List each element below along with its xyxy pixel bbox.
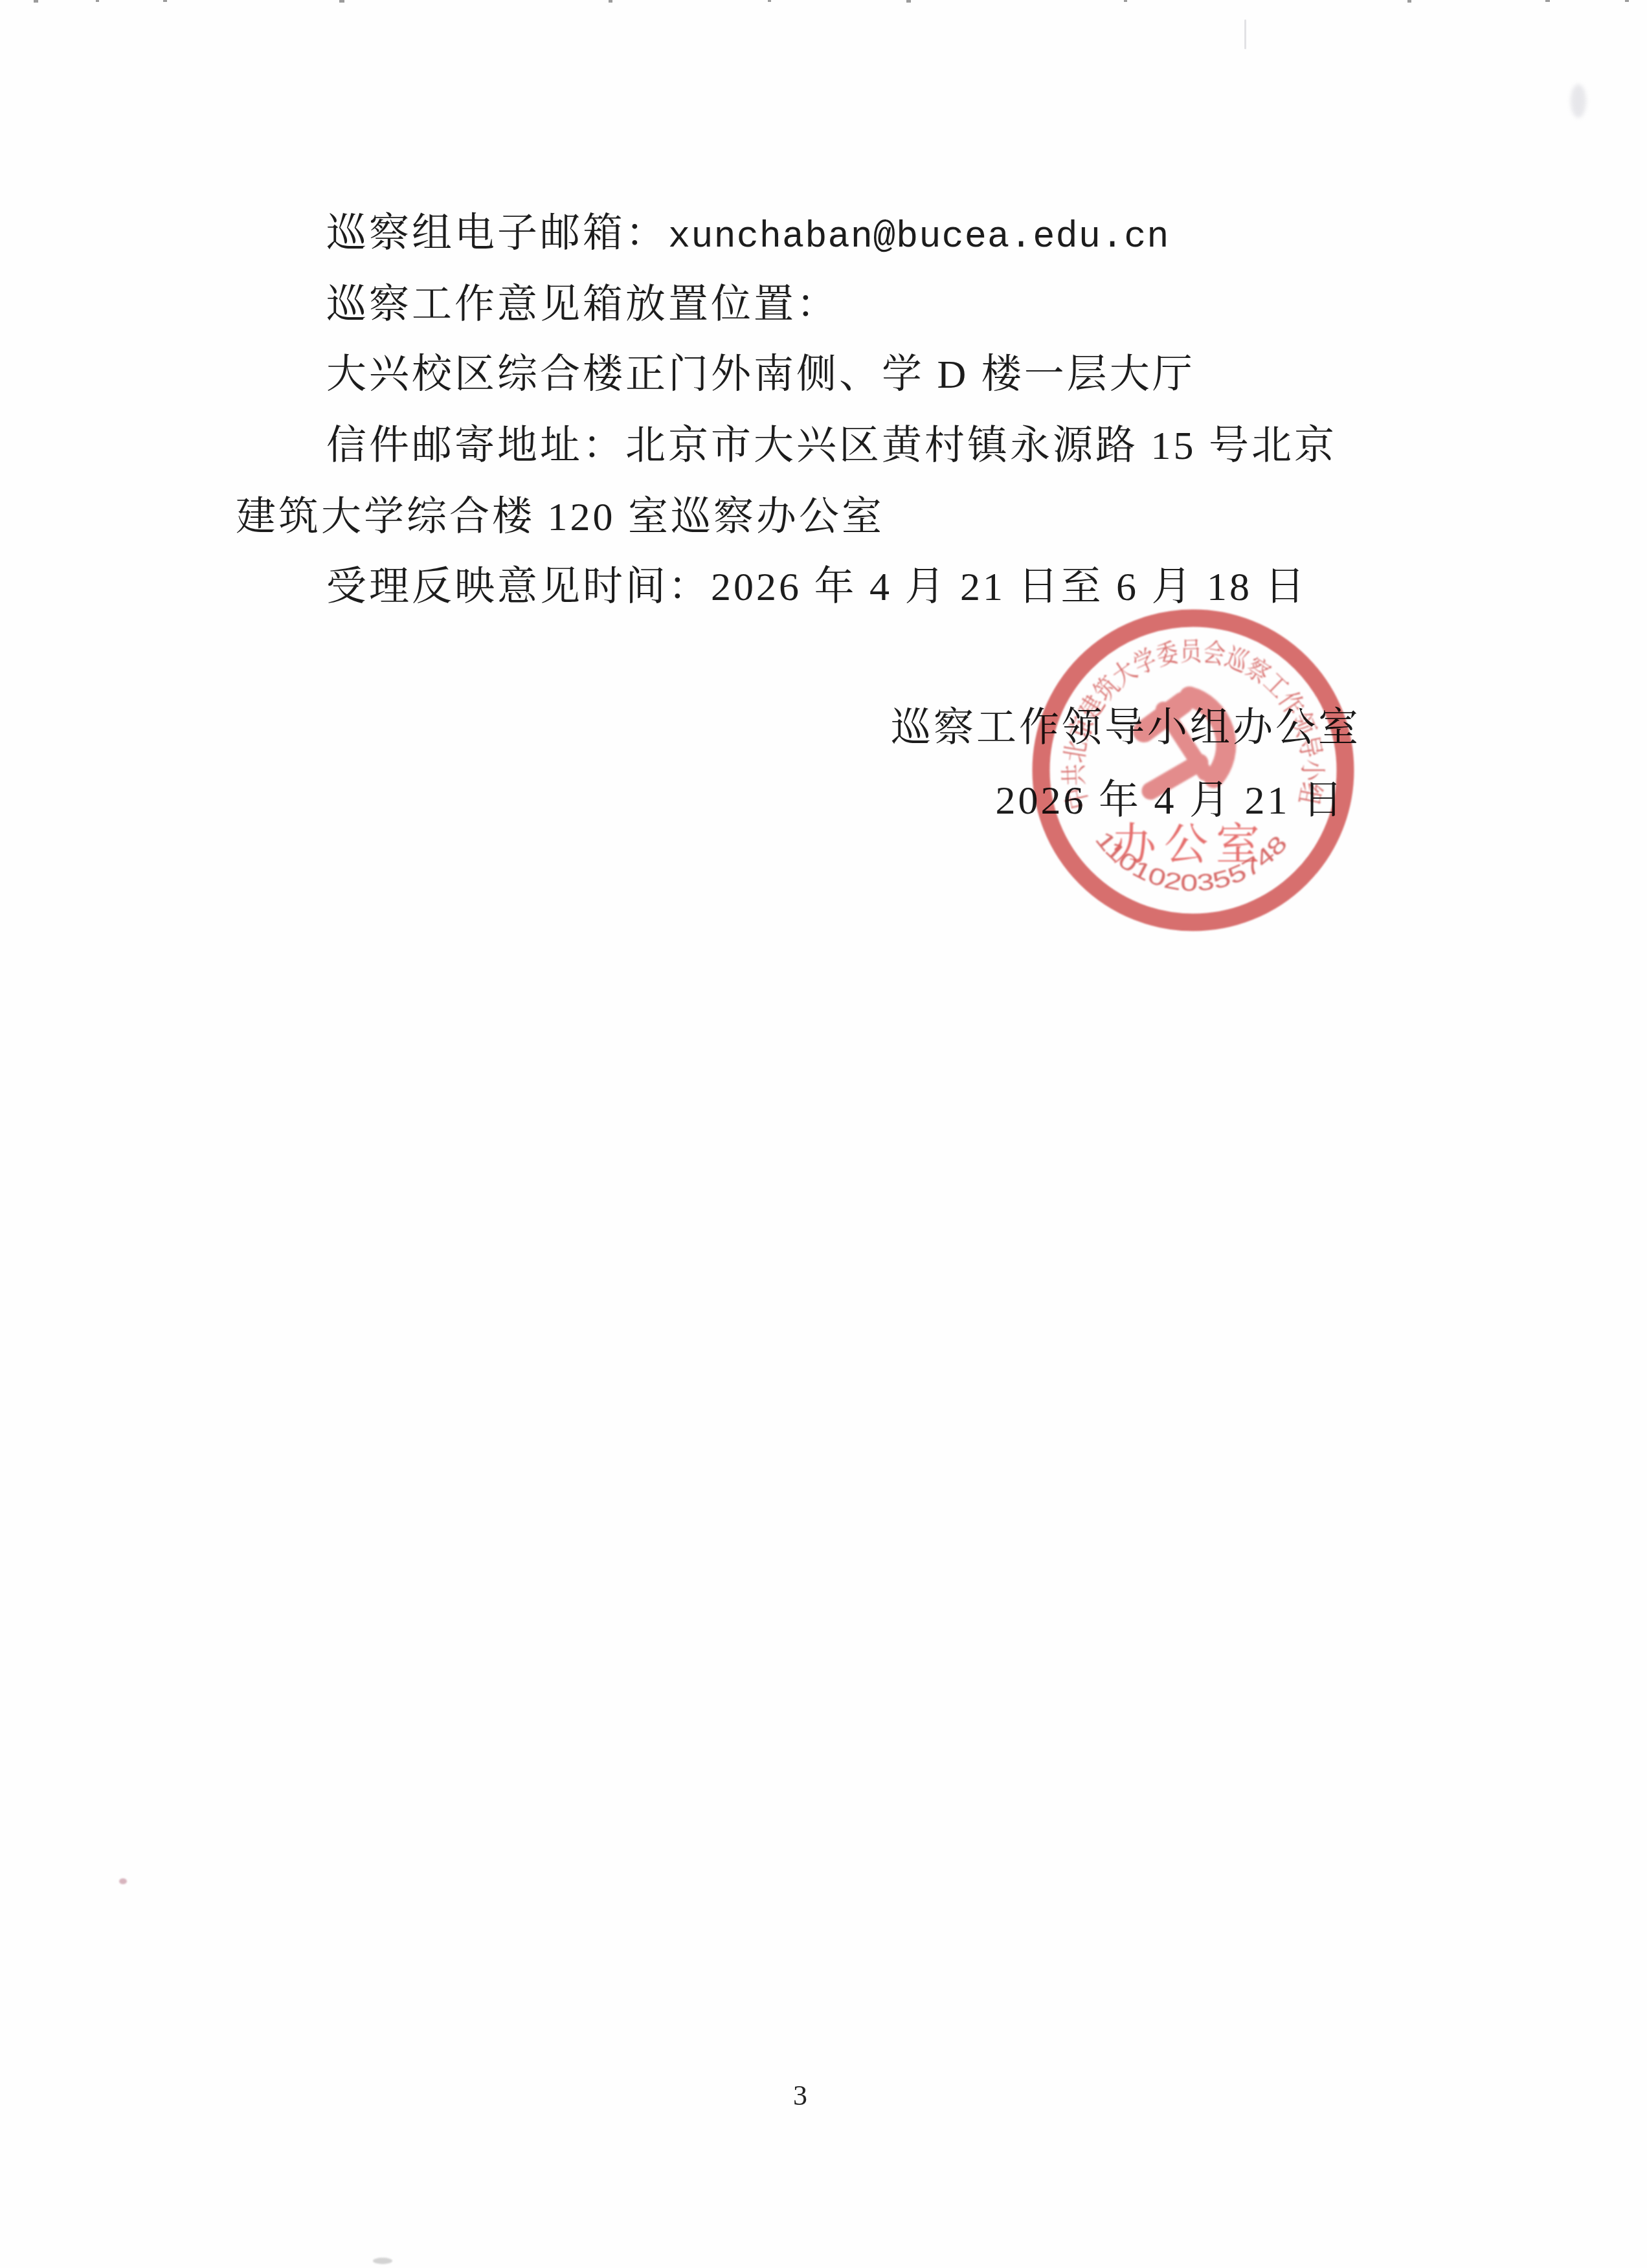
- mailing-address-line-1: 信件邮寄地址：北京市大兴区黄村镇永源路 15 号北京: [326, 426, 1337, 466]
- scan-artifact: [34, 0, 38, 3]
- suggestion-box-line: 巡察工作意见箱放置位置：: [326, 285, 839, 325]
- scan-artifact: [1625, 0, 1629, 2]
- email-label: 巡察组电子邮箱：: [326, 212, 668, 256]
- box-location-line: 大兴校区综合楼正门外南侧、学 D 楼一层大厅: [326, 355, 1195, 395]
- scan-artifact: [1407, 0, 1411, 3]
- scan-artifact: [1571, 84, 1586, 118]
- scanned-document-page: 巡察组电子邮箱：xunchaban@bucea.edu.cn 巡察工作意见箱放置…: [0, 0, 1647, 2268]
- scan-artifact: [768, 0, 771, 2]
- mailing-address-line-2: 建筑大学综合楼 120 室巡察办公室: [236, 497, 884, 537]
- feedback-period-line: 受理反映意见时间：2026 年 4 月 21 日至 6 月 18 日: [326, 567, 1308, 607]
- scan-artifact: [1244, 19, 1246, 49]
- scan-artifact: [339, 0, 344, 3]
- scan-artifact: [906, 0, 911, 3]
- email-line: 巡察组电子邮箱：xunchaban@bucea.edu.cn: [326, 214, 1170, 256]
- scan-artifact: [163, 0, 167, 2]
- scan-artifact: [609, 0, 612, 3]
- seal-ring-text-curve: 中共北京建筑大学委员会巡察工作领导小组: [1059, 636, 1328, 812]
- scan-artifact: [373, 2258, 392, 2264]
- scan-artifact: [119, 1878, 127, 1884]
- page-number: 3: [770, 2079, 830, 2112]
- email-address: xunchaban@bucea.edu.cn: [668, 217, 1170, 258]
- scan-artifact: [96, 0, 99, 2]
- scan-artifact: [1124, 0, 1127, 2]
- hammer-sickle-icon: [1144, 696, 1226, 791]
- scan-artifact: [1545, 0, 1550, 2]
- official-red-seal: 中共北京建筑大学委员会巡察工作领导小组 办公室 1101020355748: [1030, 607, 1356, 933]
- seal-ring-text: 中共北京建筑大学委员会巡察工作领导小组: [1059, 636, 1328, 812]
